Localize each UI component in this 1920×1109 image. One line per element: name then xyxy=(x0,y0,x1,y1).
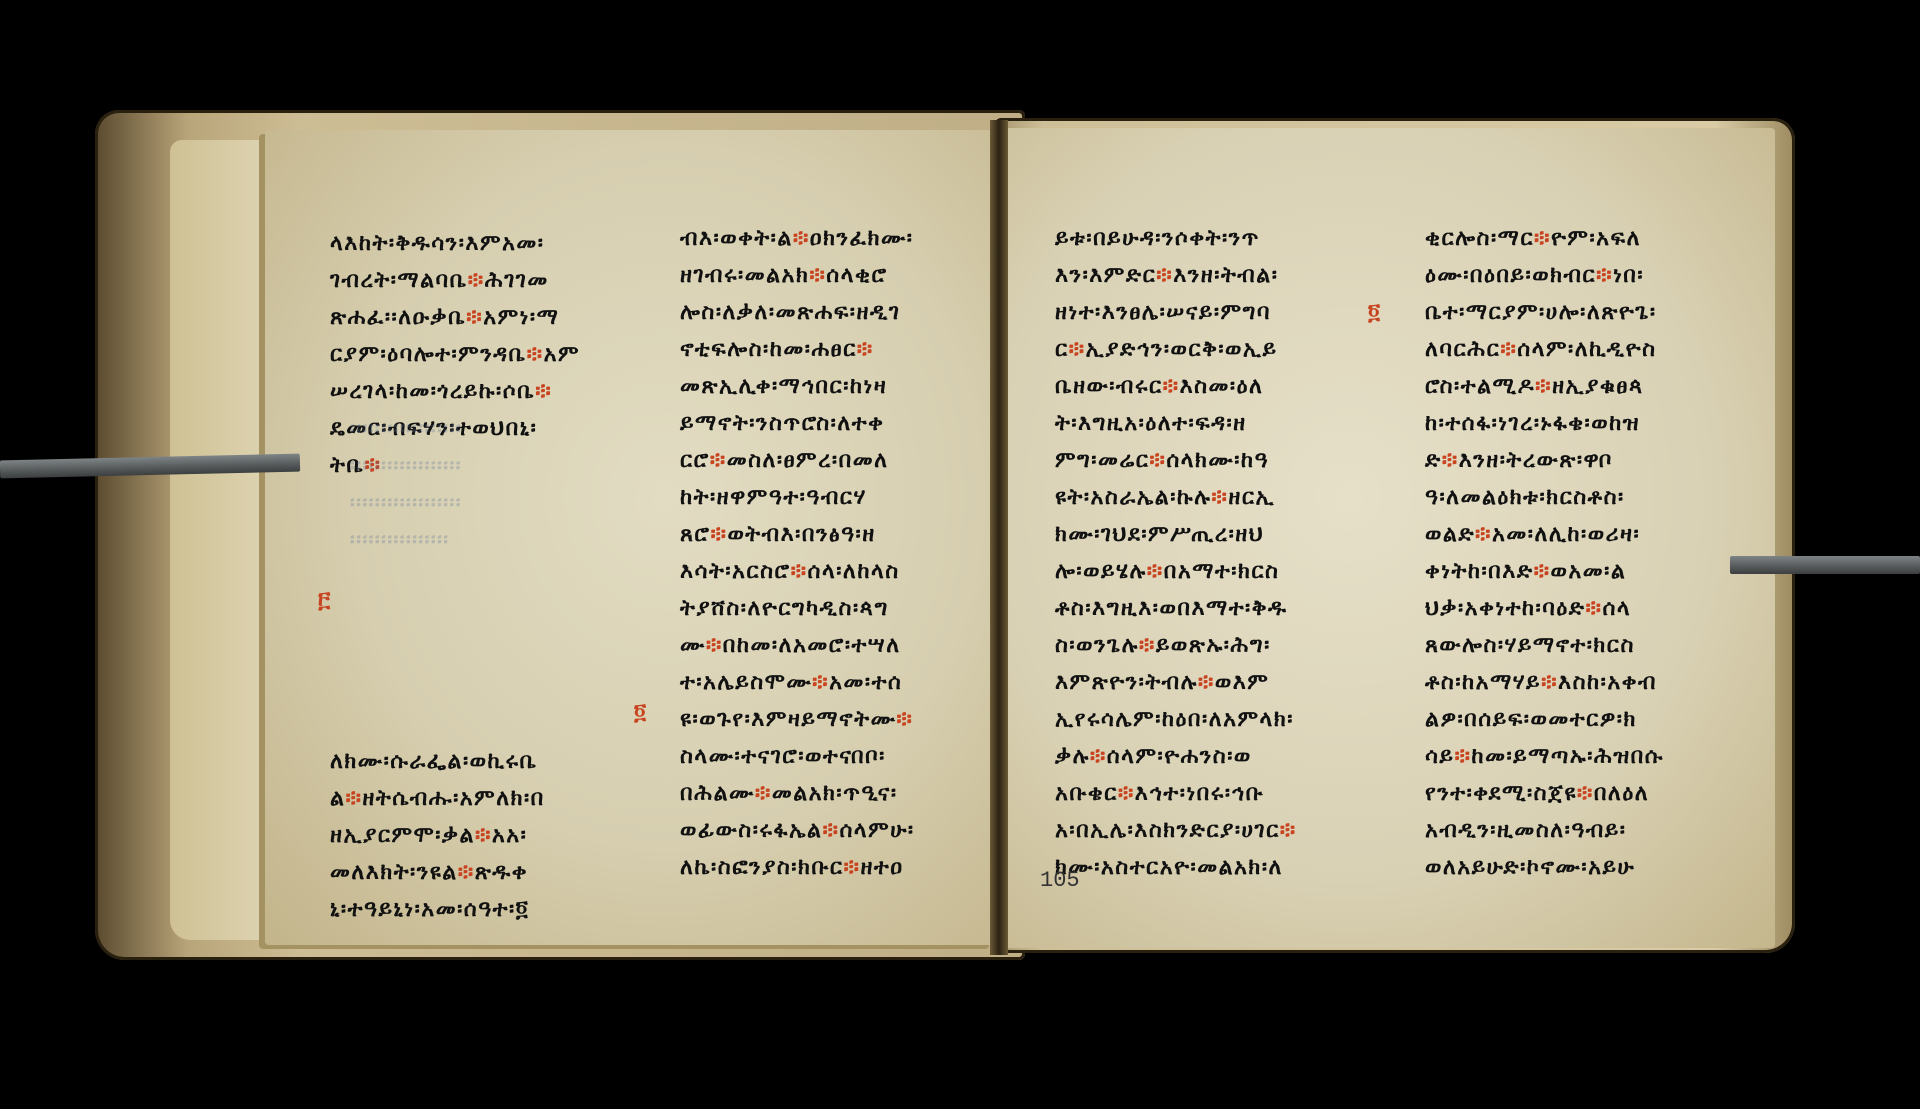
text-line: ሳይ፨ከመ፡ይማጣኡ፡ሕዝበሱ xyxy=(1425,738,1664,775)
text-line: ኖቲፍሎስ፡ከመ፡ሐፀር፨ xyxy=(680,331,915,368)
text-line: ስላሙ፡ተናገሮ፡ወተናበቦ፡ xyxy=(680,738,915,775)
folio-number: 105 xyxy=(1040,868,1080,893)
text-line: አቡቄር፨እኅተ፡ነበሩ፡ኅቡ xyxy=(1055,775,1297,812)
text-line: ወፊውስ፡ሩፋኤል፨ሰላምሁ፡ xyxy=(680,812,915,849)
margin-mark-center: ፬ xyxy=(634,700,646,725)
text-line: ርሮ፨መስለ፡ፀምረ፡በመለ xyxy=(680,442,915,479)
text-line: ምግ፡መሬር፨ሰላክሙ፡ከዓ xyxy=(1055,442,1297,479)
text-line: ድ፨እንዘ፡ትረውጽ፡ዋቦ xyxy=(1425,442,1664,479)
text-line: ብእ፡ወቀት፡ል፨ዐክንፈክሙ፡ xyxy=(680,220,915,257)
text-line: ገብረት፡ማልባቤ፨ሕገገመ xyxy=(330,262,580,299)
text-line: ቀነትከ፡በእድ፨ወአመ፡ል xyxy=(1425,553,1664,590)
text-line: ቤዘው፡ብሩር፨እስመ፡ዕለ xyxy=(1055,368,1297,405)
text-line: ተ፡አሌይስሞሙ፨አመ፡ተሰ xyxy=(680,664,915,701)
text-line xyxy=(330,595,580,632)
margin-mark-left: ፫ xyxy=(318,588,330,613)
text-line: ቶስ፡እግዚእ፡ወበእማተ፡ቅዱ xyxy=(1055,590,1297,627)
text-line: ወለአይሁድ፡ኮኖሙ፡አይሁ xyxy=(1425,849,1664,886)
text-line: አ፡በኢሌ፡እስክንድርያ፡ሀገር፨ xyxy=(1055,812,1297,849)
text-line: ላእከት፡ቅዱሳን፡እምአመ፡ xyxy=(330,225,580,262)
text-line: እን፡እምድር፨እንዘ፡ትብል፡ xyxy=(1055,257,1297,294)
text-line: ዘገብሩ፡መልአክ፨ሰላቂሮ xyxy=(680,257,915,294)
text-line: ህቃ፡አቀነተከ፡ባዕድ፨ሰላ xyxy=(1425,590,1664,627)
text-line: ዘኢያርምሞ፡ቃል፨አአ፡ xyxy=(330,817,580,854)
text-line: ር፨ኢያድኅን፡ወርቅ፡ወኢይ xyxy=(1055,331,1297,368)
text-line: ኢየሩሳሌም፡ከዕበ፡ለአምላክ፡ xyxy=(1055,701,1297,738)
text-column-2: ብእ፡ወቀት፡ል፨ዐክንፈክሙ፡ዘገብሩ፡መልአክ፨ሰላቂሮሎስ፡ለቃለ፡መጽሐ… xyxy=(680,220,915,886)
text-line: ጸሮ፨ወትብእ፡በንፅዓ፡ዘ xyxy=(680,516,915,553)
text-line: ይቱ፡በይሁዳ፡ንሶቀት፡ንጥ xyxy=(1055,220,1297,257)
text-line: ጸውሎስ፡ሃይማኖተ፡ክርስ xyxy=(1425,627,1664,664)
text-line: ለባርሕር፨ሰላም፡ለኪዲዮስ xyxy=(1425,331,1664,368)
text-line: መጽኢሊቀ፡ማኅበር፡ከነዛ xyxy=(680,368,915,405)
text-column-3: ይቱ፡በይሁዳ፡ንሶቀት፡ንጥእን፡እምድር፨እንዘ፡ትብል፡ዘነተ፡እንፀሌ፡… xyxy=(1055,220,1297,886)
text-line: ቃሉ፨ሰላም፡ዮሐንስ፡ወ xyxy=(1055,738,1297,775)
text-line: አብዲን፡ዚመስለ፡ዓብይ፡ xyxy=(1425,812,1664,849)
text-line: ዓ፡ለመልዕክቱ፡ክርስቶስ፡ xyxy=(1425,479,1664,516)
text-line: ሙ፨በከመ፡ለአመሮ፡ተሣለ xyxy=(680,627,915,664)
text-line: ወልድ፨አመ፡ለሊከ፡ወሪዛ፡ xyxy=(1425,516,1664,553)
text-column-1: ላእከት፡ቅዱሳን፡እምአመ፡ገብረት፡ማልባቤ፨ሕገገመጽሐፈ፡፡ለዑቃቤ፨አ… xyxy=(330,225,580,928)
text-line: ሎስ፡ለቃለ፡መጽሐፍ፡ዘዲገ xyxy=(680,294,915,331)
text-line: ል፨ዘትሴብሑ፡አምለክ፡በ xyxy=(330,780,580,817)
text-line: ለክሙ፡ሱራፌል፡ወኪሩቤ xyxy=(330,743,580,780)
text-line: ከ፡ተሰፋ፡ነገረ፡ኑፋቄ፡ወከዝ xyxy=(1425,405,1664,442)
text-line: እምጽዮን፡ትብሉ፨ወእም xyxy=(1055,664,1297,701)
text-line: ሮስ፡ተልሚዶ፨ዘኢያቁፀጳ xyxy=(1425,368,1664,405)
bleed-through-text: ፡፡፡፡፡፡፡፡፡፡፡፡፡፡፡፡፡፡ ፡፡፡፡፡፡፡፡፡፡፡፡፡፡፡፡፡፡ ፡፡… xyxy=(350,410,462,558)
text-line: መለእክት፡ንዩል፨ጽዱቀ xyxy=(330,854,580,891)
text-line: ልዎ፡በሰይፍ፡ወመተርዎ፡ክ xyxy=(1425,701,1664,738)
text-line: ክሙ፡አስተርአዮ፡መልአክ፡ለ xyxy=(1055,849,1297,886)
text-line: ርያም፡ዕባሎተ፡ምንዳቤ፨አም xyxy=(330,336,580,373)
margin-mark-right: ፬ xyxy=(1368,300,1380,325)
text-line: ትያሸስ፡ለዮርግካዲስ፡ጳግ xyxy=(680,590,915,627)
text-line: ት፡እግዚአ፡ዕለተ፡ፍዳ፡ዘ xyxy=(1055,405,1297,442)
text-line: ከት፡ዘዋምዓተ፡ዓብርሃ xyxy=(680,479,915,516)
text-line: ቂርሎስ፡ማር፨ዮም፡አፍለ xyxy=(1425,220,1664,257)
text-line: ሎ፡ወይሄሉ፨በአማተ፡ክርስ xyxy=(1055,553,1297,590)
text-line: ጽሐፈ፡፡ለዑቃቤ፨አምነ፡ማ xyxy=(330,299,580,336)
text-line: ኒ፡ተዓይኒነ፡አመ፡ሰዓተ፡፬ xyxy=(330,891,580,928)
text-line: ሠረገላ፡ከመ፡ጎረይኩ፡ሶቤ፨ xyxy=(330,373,580,410)
text-line: ለኬ፡ስፎንያስ፡ክቡር፨ዘተዐ xyxy=(680,849,915,886)
text-line: ቤተ፡ማርያም፡ሀሎ፡ለጽዮጌ፡ xyxy=(1425,294,1664,331)
text-line: ቶስ፡ከአማሃይ፨እስከ፡አቀብ xyxy=(1425,664,1664,701)
text-line: እሳት፡አርስሮ፨ሰላ፡ለከላስ xyxy=(680,553,915,590)
text-line xyxy=(330,669,580,706)
text-line: ዕሙ፡በዕበይ፡ወክብር፨ነበ፡ xyxy=(1425,257,1664,294)
text-line xyxy=(330,706,580,743)
text-line: ይማኖት፡ንስጥሮስ፡ለተቀ xyxy=(680,405,915,442)
text-line: ክሙ፡ገህደ፡ምሥጢረ፡ዘህ xyxy=(1055,516,1297,553)
text-line xyxy=(330,558,580,595)
photo-scene: ላእከት፡ቅዱሳን፡እምአመ፡ገብረት፡ማልባቤ፨ሕገገመጽሐፈ፡፡ለዑቃቤ፨አ… xyxy=(0,0,1920,1109)
text-column-4: ቂርሎስ፡ማር፨ዮም፡አፍለዕሙ፡በዕበይ፡ወክብር፨ነበ፡ቤተ፡ማርያም፡ሀሎ… xyxy=(1425,220,1664,886)
book-gutter xyxy=(990,120,1008,955)
text-line: ዩት፡አስራኤል፡ኩሉ፨ዘርኢ xyxy=(1055,479,1297,516)
text-line xyxy=(330,632,580,669)
right-page-marker-strip xyxy=(1730,556,1920,574)
text-line: ዘነተ፡እንፀሌ፡ሠናይ፡ምግባ xyxy=(1055,294,1297,331)
text-line: ዩ፡ወጉየ፡እምዛይማኖትሙ፨ xyxy=(680,701,915,738)
text-line: በሕልሙ፨መልአክ፡ጥዒና፡ xyxy=(680,775,915,812)
text-line: የንተ፡ቀደሚ፡ስጀዩ፨በለዕለ xyxy=(1425,775,1664,812)
text-line: ስ፡ወንጌሉ፨ይወጽኡ፡ሕግ፡ xyxy=(1055,627,1297,664)
